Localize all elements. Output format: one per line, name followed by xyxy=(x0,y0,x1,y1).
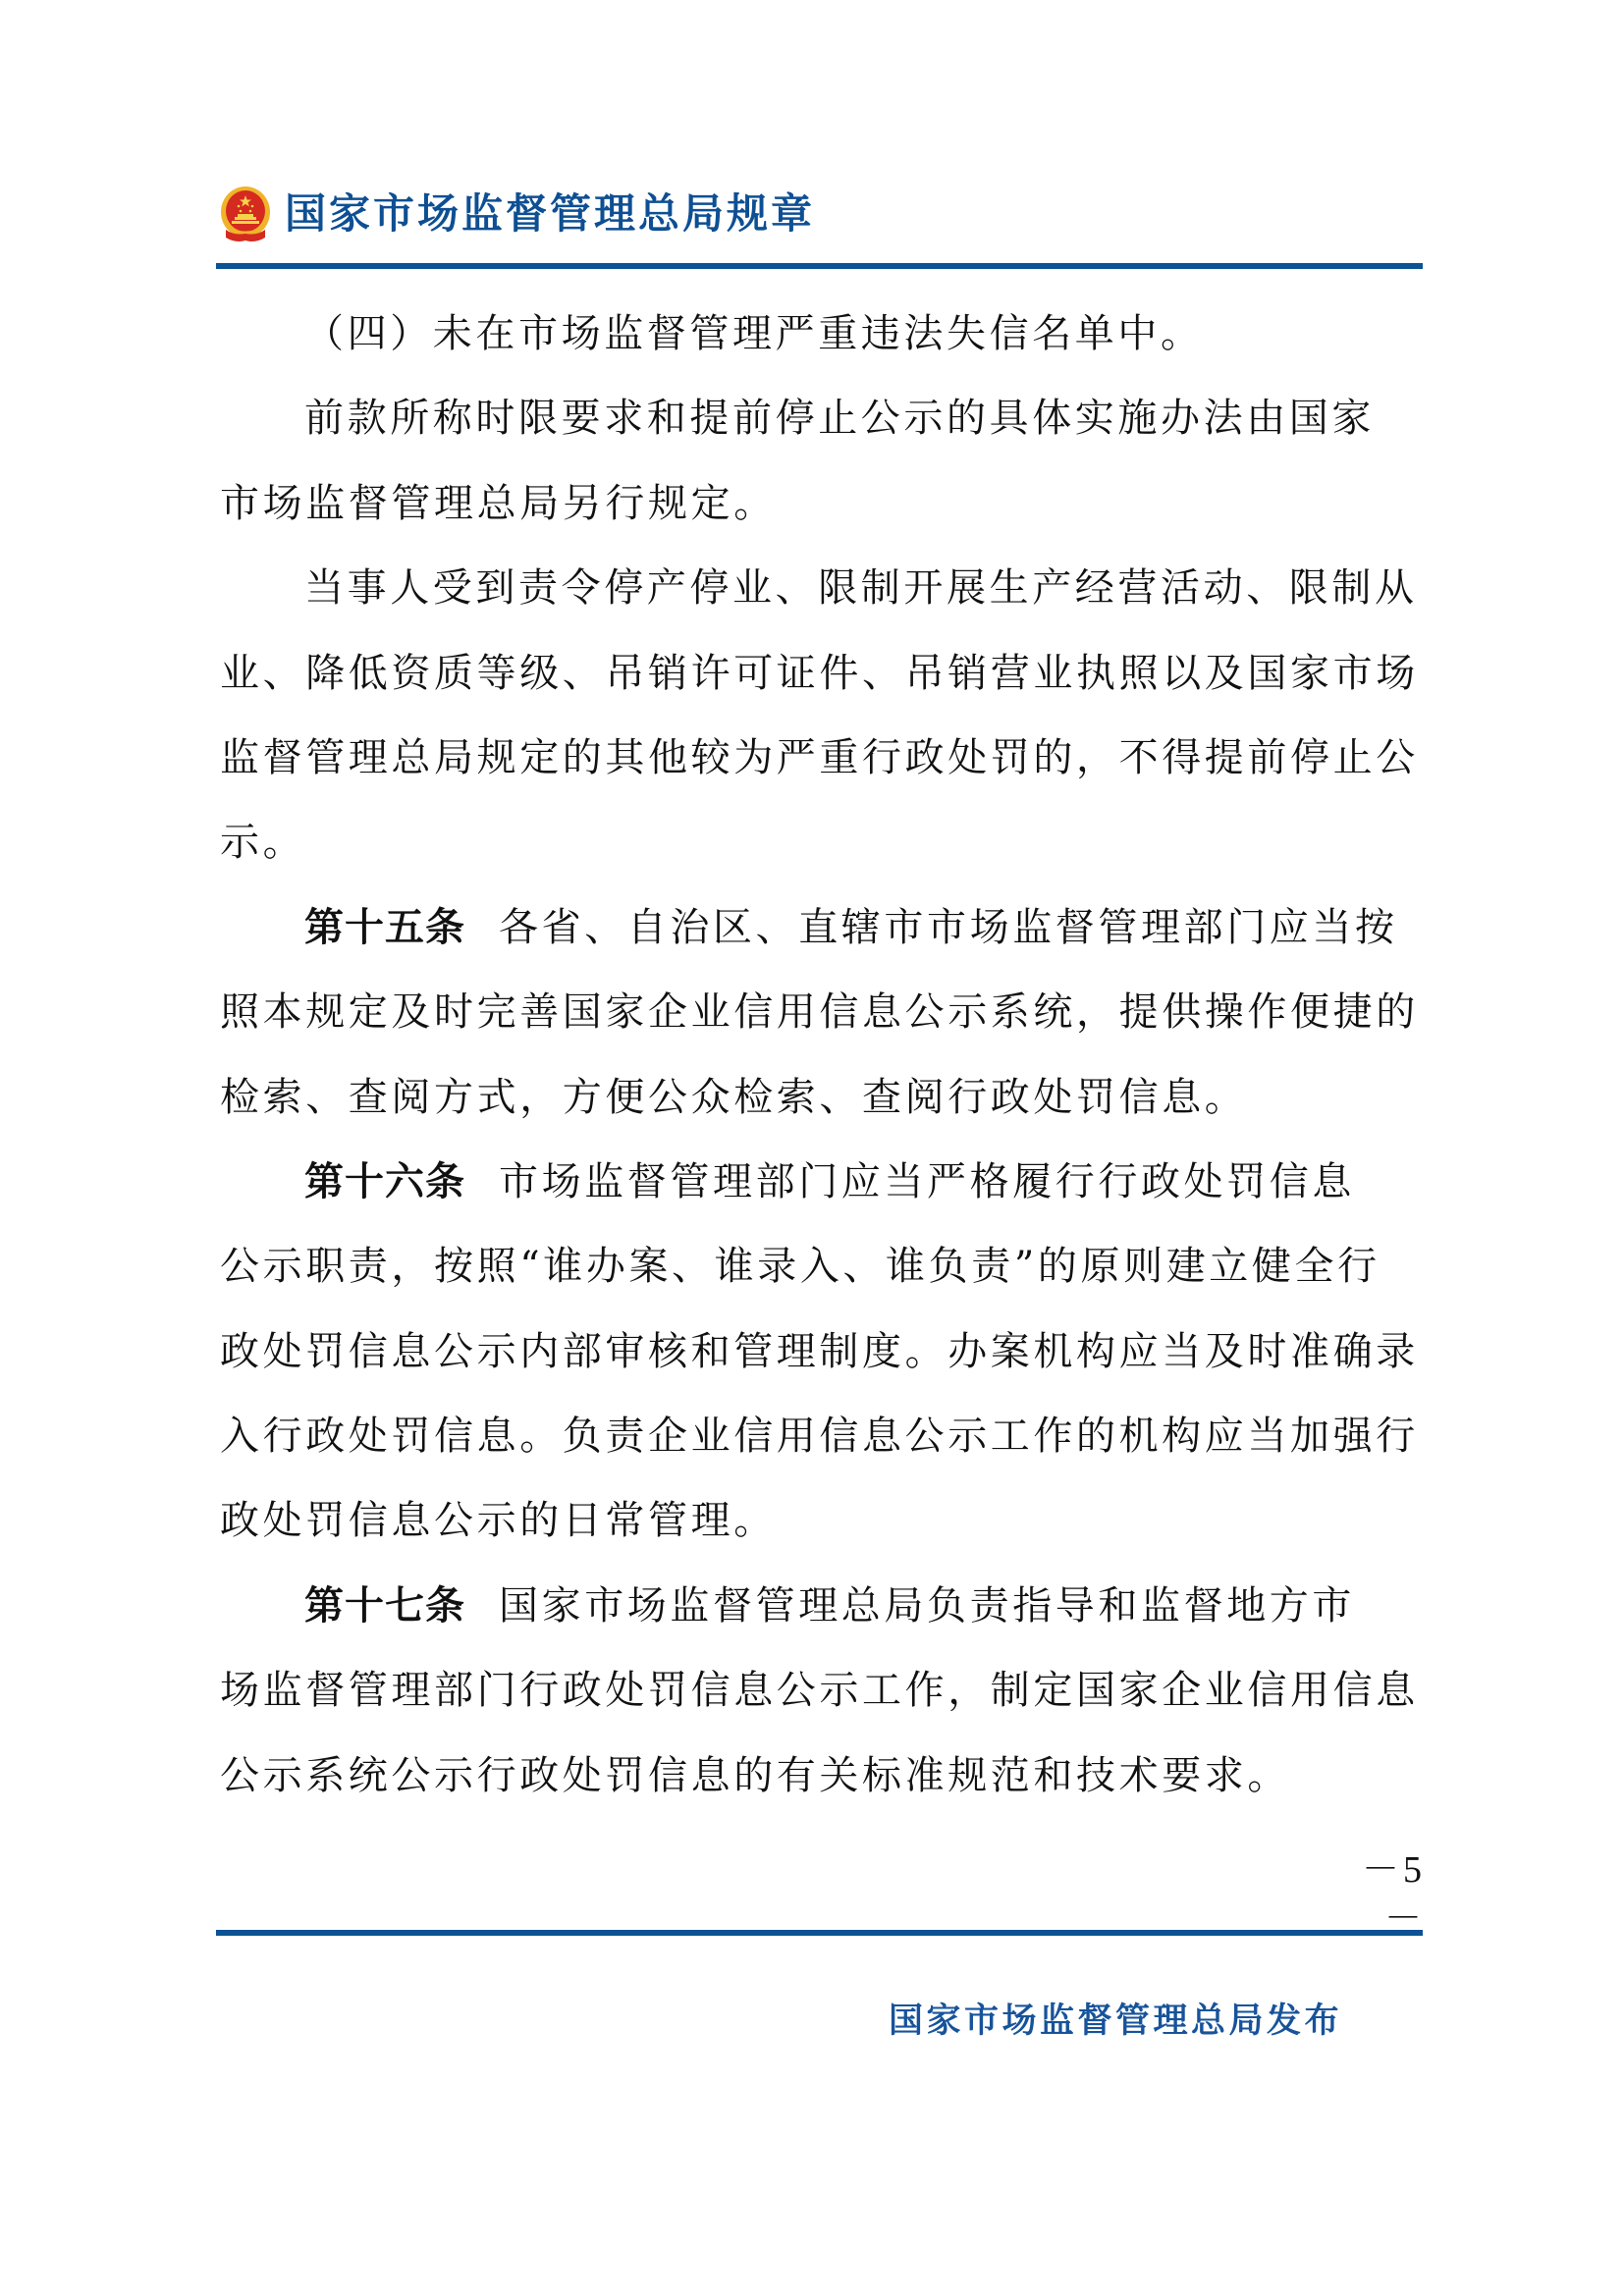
text-line: 市场监督管理总局另行规定。 xyxy=(220,461,1430,546)
line-text: 入行政处罚信息。负责企业信用信息公示工作的机构应当加强行 xyxy=(220,1414,1419,1459)
line-text: 政处罚信息公示内部审核和管理制度。办案机构应当及时准确录 xyxy=(220,1329,1419,1374)
line-text: 当事人受到责令停产停业、限制开展生产经营活动、限制从 xyxy=(304,565,1418,611)
page-number: －5－ xyxy=(1335,1845,1426,1944)
line-text: 各省、自治区、直辖市市场监督管理部门应当按 xyxy=(499,905,1398,950)
line-text: 检索、查阅方式，方便公众检索、查阅行政处罚信息。 xyxy=(220,1075,1247,1120)
line-text: 市场监督管理部门应当严格履行行政处罚信息 xyxy=(499,1159,1355,1204)
document-body: （四）未在市场监督管理严重违法失信名单中。前款所称时限要求和提前停止公示的具体实… xyxy=(220,292,1430,1818)
article-line: 第十六条市场监督管理部门应当严格履行行政处罚信息 xyxy=(220,1140,1430,1224)
text-line: 当事人受到责令停产停业、限制开展生产经营活动、限制从 xyxy=(220,546,1430,630)
text-line: 政处罚信息公示的日常管理。 xyxy=(220,1478,1430,1563)
text-line: 场监督管理部门行政处罚信息公示工作，制定国家企业信用信息 xyxy=(220,1648,1430,1733)
text-line: 政处罚信息公示内部审核和管理制度。办案机构应当及时准确录 xyxy=(220,1309,1430,1394)
article-number: 第十五条 xyxy=(304,905,465,950)
article-number: 第十六条 xyxy=(304,1159,465,1204)
line-text: 前款所称时限要求和提前停止公示的具体实施办法由国家 xyxy=(304,396,1375,441)
footer-divider xyxy=(216,1930,1423,1936)
line-text: 监督管理总局规定的其他较为严重行政处罚的，不得提前停止公 xyxy=(220,735,1419,780)
text-line: 入行政处罚信息。负责企业信用信息公示工作的机构应当加强行 xyxy=(220,1394,1430,1478)
line-text: 国家市场监督管理总局负责指导和监督地方市 xyxy=(499,1583,1355,1629)
text-line: 前款所称时限要求和提前停止公示的具体实施办法由国家 xyxy=(220,376,1430,460)
footer-publisher: 国家市场监督管理总局发布 xyxy=(889,1999,1342,2044)
line-text: 公示职责，按照“谁办案、谁录入、谁负责”的原则建立健全行 xyxy=(220,1244,1380,1289)
text-line: 业、降低资质等级、吊销许可证件、吊销营业执照以及国家市场 xyxy=(220,631,1430,716)
text-line: 公示系统公示行政处罚信息的有关标准规范和技术要求。 xyxy=(220,1734,1430,1818)
article-line: 第十七条国家市场监督管理总局负责指导和监督地方市 xyxy=(220,1564,1430,1648)
line-text: 示。 xyxy=(220,820,305,865)
line-text: 场监督管理部门行政处罚信息公示工作，制定国家企业信用信息 xyxy=(220,1668,1419,1713)
article-number: 第十七条 xyxy=(304,1583,465,1629)
text-line: 示。 xyxy=(220,800,1430,884)
line-text: （四）未在市场监督管理严重违法失信名单中。 xyxy=(304,311,1204,356)
header-title: 国家市场监督管理总局规章 xyxy=(285,193,815,235)
line-text: 政处罚信息公示的日常管理。 xyxy=(220,1498,777,1543)
header-divider xyxy=(216,263,1423,269)
line-text: 市场监督管理总局另行规定。 xyxy=(220,481,777,526)
line-text: 照本规定及时完善国家企业信用信息公示系统，提供操作便捷的 xyxy=(220,989,1419,1035)
text-line: 公示职责，按照“谁办案、谁录入、谁负责”的原则建立健全行 xyxy=(220,1224,1430,1308)
national-emblem-icon xyxy=(220,185,271,243)
text-line: 照本规定及时完善国家企业信用信息公示系统，提供操作便捷的 xyxy=(220,970,1430,1054)
text-line: 检索、查阅方式，方便公众检索、查阅行政处罚信息。 xyxy=(220,1055,1430,1140)
line-text: 业、降低资质等级、吊销许可证件、吊销营业执照以及国家市场 xyxy=(220,651,1419,696)
text-line: 监督管理总局规定的其他较为严重行政处罚的，不得提前停止公 xyxy=(220,716,1430,800)
article-line: 第十五条各省、自治区、直辖市市场监督管理部门应当按 xyxy=(220,885,1430,970)
line-text: 公示系统公示行政处罚信息的有关标准规范和技术要求。 xyxy=(220,1753,1290,1798)
text-line: （四）未在市场监督管理严重违法失信名单中。 xyxy=(220,292,1430,376)
document-page: 国家市场监督管理总局规章 （四）未在市场监督管理严重违法失信名单中。前款所称时限… xyxy=(0,0,1624,2296)
page-header: 国家市场监督管理总局规章 xyxy=(220,183,815,245)
